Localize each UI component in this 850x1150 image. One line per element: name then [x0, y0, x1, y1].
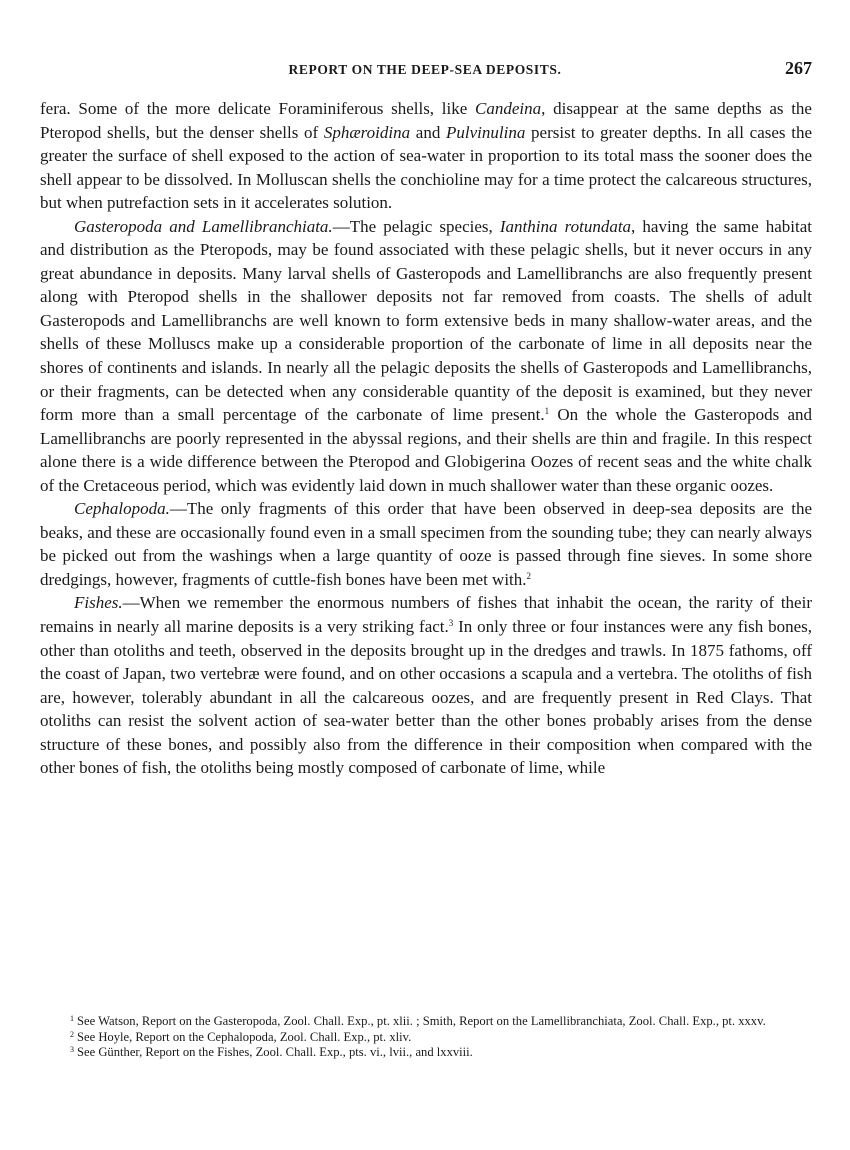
- paragraph-cephalopoda: Cephalopoda.—The only fragments of this …: [40, 497, 812, 591]
- italic-text: Pulvinulina: [446, 123, 525, 142]
- text-run: fera. Some of the more delicate Foramini…: [40, 99, 475, 118]
- running-title: REPORT ON THE DEEP-SEA DEPOSITS.: [40, 62, 810, 78]
- italic-text: Ianthina rotundata: [500, 217, 631, 236]
- footnote-reference: 2: [527, 571, 532, 581]
- text-run: In only three or four instances were any…: [40, 617, 812, 777]
- footnote-text: See Watson, Report on the Gasteropoda, Z…: [77, 1014, 766, 1028]
- page-number: 267: [785, 58, 812, 79]
- text-run: —The pelagic species,: [333, 217, 500, 236]
- text-run: and: [410, 123, 446, 142]
- running-head: REPORT ON THE DEEP-SEA DEPOSITS. 267: [40, 58, 810, 82]
- paragraph-gasteropoda-lamellibranchiata: Gasteropoda and Lamellibranchiata.—The p…: [40, 215, 812, 498]
- italic-text: Cephalopoda.: [74, 499, 170, 518]
- text-run: , having the same habitat and distributi…: [40, 217, 812, 424]
- footnote-3: 3See Günther, Report on the Fishes, Zool…: [40, 1045, 812, 1061]
- footnote-text: See Hoyle, Report on the Cephalopoda, Zo…: [77, 1030, 411, 1044]
- body-text: fera. Some of the more delicate Foramini…: [40, 97, 812, 780]
- footnotes: 1See Watson, Report on the Gasteropoda, …: [40, 1014, 812, 1061]
- italic-text: Candeina: [475, 99, 541, 118]
- footnote-1: 1See Watson, Report on the Gasteropoda, …: [40, 1014, 812, 1030]
- paragraph-fishes: Fishes.—When we remember the enormous nu…: [40, 591, 812, 779]
- italic-text: Sphæroidina: [324, 123, 410, 142]
- footnote-2: 2See Hoyle, Report on the Cephalopoda, Z…: [40, 1030, 812, 1046]
- italic-text: Fishes.: [74, 593, 123, 612]
- footnote-mark: 3: [70, 1045, 74, 1054]
- footnote-mark: 2: [70, 1030, 74, 1039]
- italic-text: Gasteropoda and Lamellibranchiata.: [74, 217, 333, 236]
- paragraph-foraminifera-continued: fera. Some of the more delicate Foramini…: [40, 97, 812, 215]
- footnote-mark: 1: [70, 1014, 74, 1023]
- footnote-text: See Günther, Report on the Fishes, Zool.…: [77, 1045, 473, 1059]
